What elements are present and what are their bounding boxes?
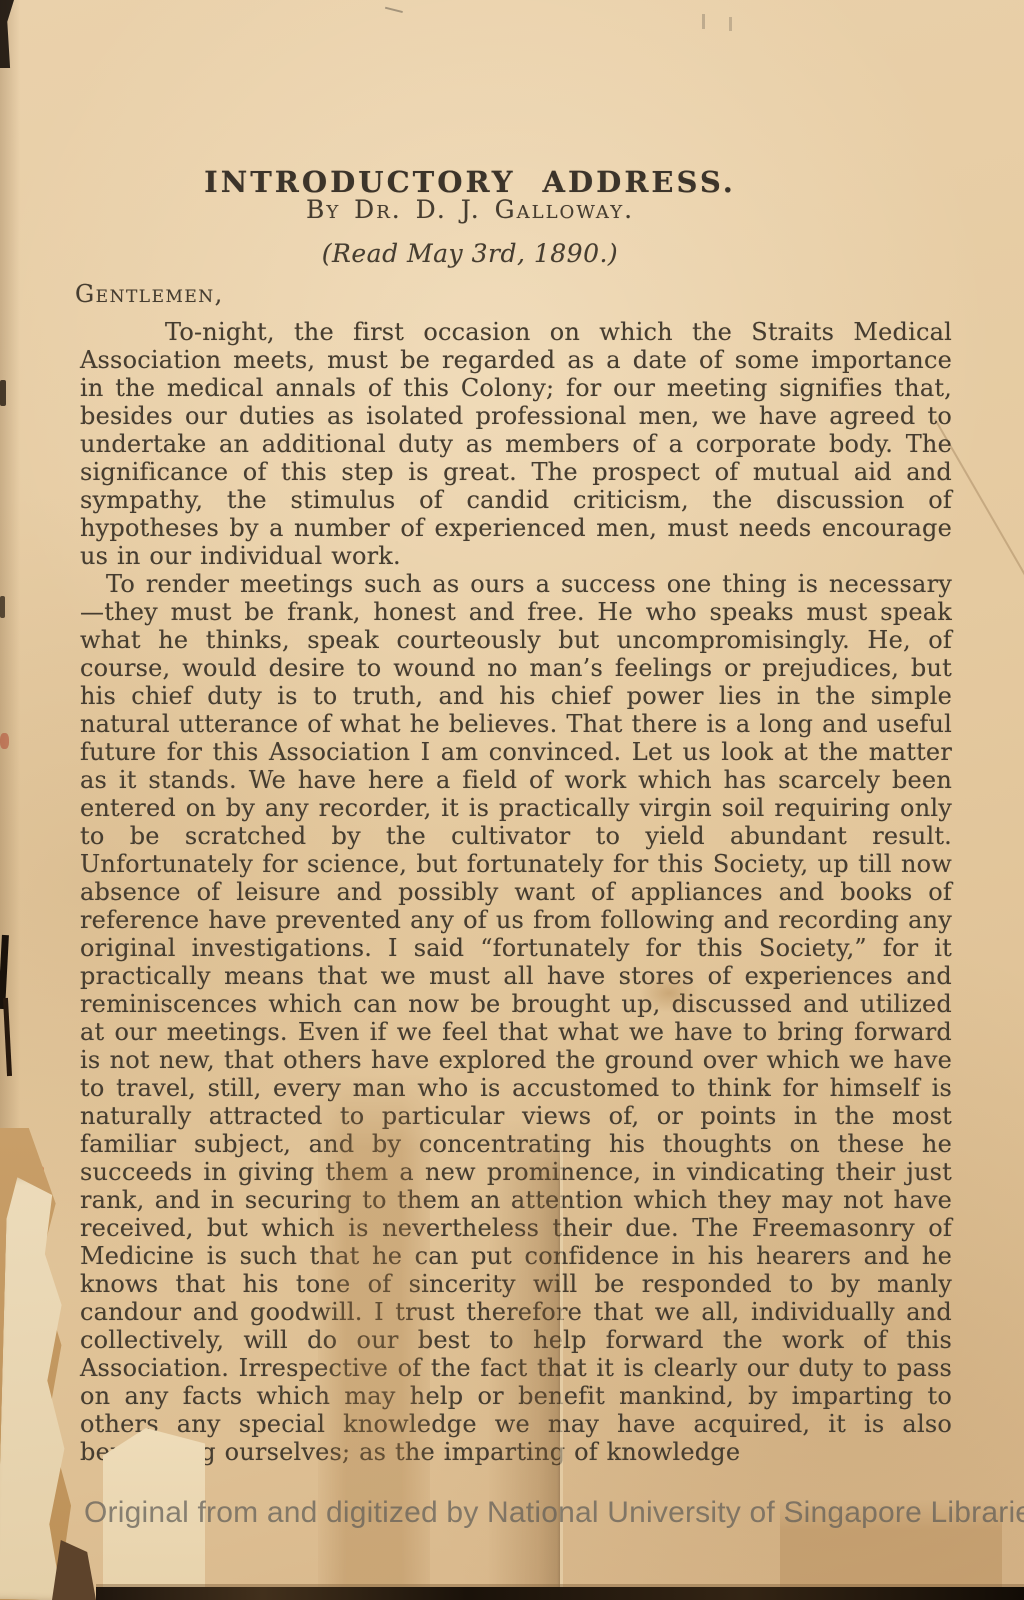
left-edge-mark [3,998,12,1076]
scan-edge-bar [96,1587,1024,1600]
torn-gap-shadow [52,1540,96,1600]
address-body: To-night, the first occasion on which th… [80,318,952,1466]
left-edge-mark [0,935,9,1009]
torn-corner-mark [0,0,14,68]
read-date-note: (Read May 3rd, 1890.) [0,239,940,268]
red-ink-speck [28,1166,44,1172]
pencil-mark [385,0,405,13]
faint-mark [702,14,705,29]
paragraph-2: To render meetings such as ours a succes… [80,570,952,1466]
left-edge-mark [0,596,5,618]
library-watermark: Original from and digitized by National … [84,1496,984,1530]
byline: By Dr. D. J. Galloway. [0,195,940,224]
faint-mark [729,17,732,31]
torn-paper-flap [0,1177,90,1600]
salutation: Gentlemen, [75,280,224,308]
red-ink-speck [0,733,9,749]
paragraph-1: To-night, the first occasion on which th… [80,318,952,570]
page-scan: INTRODUCTORY ADDRESS. By Dr. D. J. Gallo… [0,0,1024,1600]
left-edge-mark [0,380,6,406]
